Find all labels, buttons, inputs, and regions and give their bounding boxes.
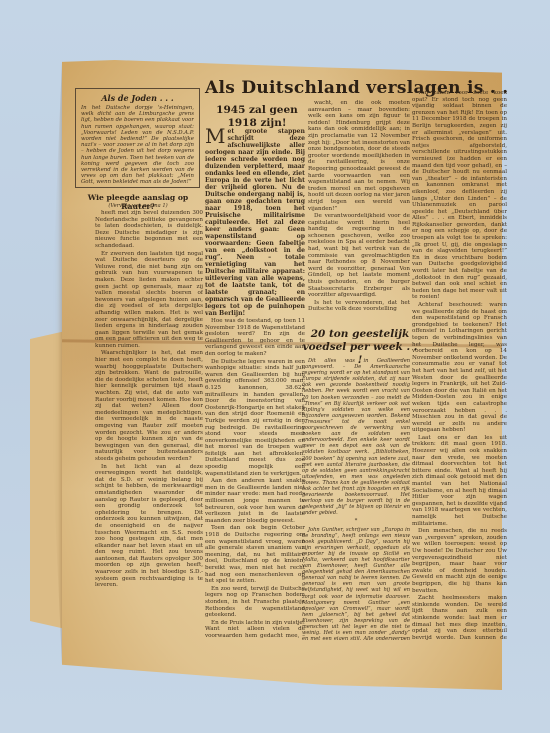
subheadline: 1945 zal geen 1918 zijn! [207,104,307,130]
rauter-paragraph: Waarschijnlijker is het, dat men hier me… [95,350,203,462]
main1-paragraph: Toen dan ook begin October 1918 de Duits… [205,525,305,584]
main1-paragraph: Hoe was de toestand, op toen 11 November… [205,318,305,358]
main3-paragraph: Laat ons er dan les uit trekken: dit maa… [412,435,507,527]
main-column-3: van zaken voor zoete koek opat? Er stond… [412,90,507,640]
drop-cap: M [205,128,225,144]
rauter-paragraph: Er zwerven den laatsten tijd nogal wat D… [95,251,203,350]
main1-paragraph: En de Pruis lachte in zijn vuistje! Want… [205,620,305,638]
headline: Als Duitschland verslagen is . . [205,78,415,98]
main2-paragraph: Is het te verwonderen, dat het Duitsche … [308,300,410,313]
star-separator: * [302,518,410,524]
gunther-paragraph: John Gunther, schrijver van „Europa in d… [302,527,410,640]
main1-paragraph: Aan den anderen kant snakte men in de Ge… [205,478,305,524]
lead-paragraph: Met groote stappen schrijdt deze afschuw… [205,128,305,317]
main2-paragraph: wacht, en die ook moeten aanvaarden – ma… [308,100,410,212]
main1-paragraph: De Duitsche legers waren in een wanhopig… [205,359,305,478]
main3-paragraph: van zaken voor zoete koek opat? Er stond… [412,90,507,301]
food-paragraph: Dit alles was in Geallieerden aangevoerd… [302,358,410,516]
main-column-1: Met groote stappen schrijdt deze afschuw… [205,128,305,638]
main-column-2: wacht, en die ook moeten aanvaarden – ma… [308,100,410,325]
sidebar-box-title: Als de Joden . . . [81,93,194,103]
food-article-body: Dit alles was in Geallieerden aangevoerd… [302,358,410,640]
sidebar-box-text: In het Duitsche dorpje 's-Heiningen, wel… [81,105,194,186]
rauter-paragraph: heeft met zijn bevel duizenden 300 Neder… [95,210,203,250]
main3-paragraph: Achteraf beschouwd: waren we geallieerde… [412,302,507,434]
sidebar-box: Als de Joden . . . In het Duitsche dorpj… [75,88,200,188]
main1-paragraph: En zoo werd, terwijl de Duitsche legers … [205,586,305,619]
main3-paragraph: Den menschen, die nu reeds van „vergeven… [412,528,507,594]
main3-paragraph: Zacht heelmeesters maken stinkende wonde… [412,595,507,640]
main2-paragraph: De verantwoordelijkheid voor de capitula… [308,213,410,299]
rauter-continued: (Vervolg van pagina 1) [72,203,204,210]
rauter-paragraph: In het licht van al deze overwegingen wo… [95,464,203,589]
rauter-article-body: heeft met zijn bevel duizenden 300 Neder… [95,210,203,635]
